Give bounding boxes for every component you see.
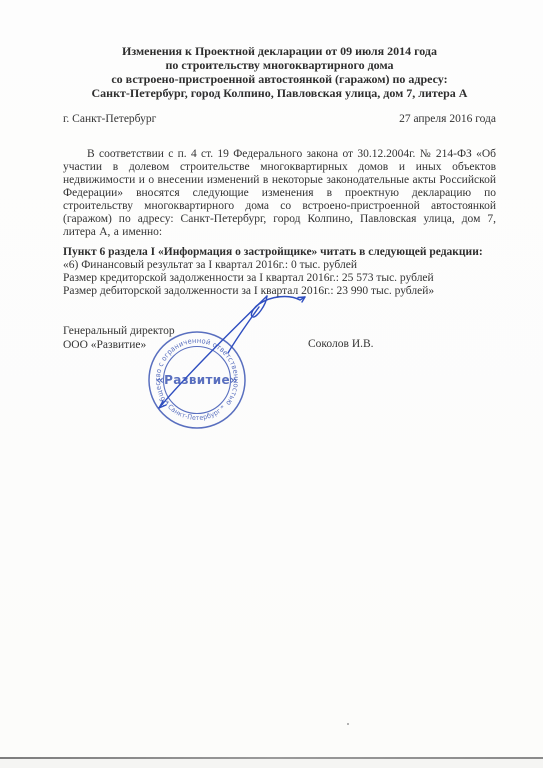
svg-text:* Санкт-Петербург *: * Санкт-Петербург * [163,399,228,422]
accounts-receivable-line: Размер дебиторской задолженности за I кв… [63,285,496,298]
stamp-inner-circle [164,347,231,414]
title-line-2: по строительству многоквартирного дома [63,58,496,72]
scan-edge-shadow [0,759,543,768]
section-heading: Пункт 6 раздела I «Информация о застройщ… [63,246,496,259]
title-line-3: со встроено-пристроенной автостоянкой (г… [63,72,496,86]
scanned-document-page: Изменения к Проектной декларации от 09 и… [0,0,543,768]
signature-start-arrowhead [159,401,166,408]
document-title: Изменения к Проектной декларации от 09 и… [63,44,496,100]
document-content: Изменения к Проектной декларации от 09 и… [63,44,496,352]
financial-result-line: «6) Финансовый результат за I квартал 20… [63,259,496,272]
signer-title-line-1: Генеральный директор [63,325,496,339]
body-paragraph: В соответствии с п. 4 ст. 19 Федеральног… [63,148,496,239]
place-date-row: г. Санкт-Петербург 27 апреля 2016 года [63,113,496,126]
title-line-1: Изменения к Проектной декларации от 09 и… [63,44,496,58]
stamp-company-name: «Развитие» [156,373,238,387]
signer-name: Соколов И.В. [308,338,374,352]
section-lines: «6) Финансовый результат за I квартал 20… [63,259,496,298]
document-date: 27 апреля 2016 года [399,113,496,126]
title-line-4: Санкт-Петербург, город Колпино, Павловск… [63,86,496,100]
document-place: г. Санкт-Петербург [63,113,156,126]
signer-title-line-2: ООО «Развитие» [63,339,496,353]
stamp-city-text: * Санкт-Петербург * [163,399,228,422]
accounts-payable-line: Размер кредиторской задолженности за I к… [63,272,496,285]
signature-block: Генеральный директор ООО «Развитие» Соко… [63,325,496,352]
scan-speck [347,723,349,725]
